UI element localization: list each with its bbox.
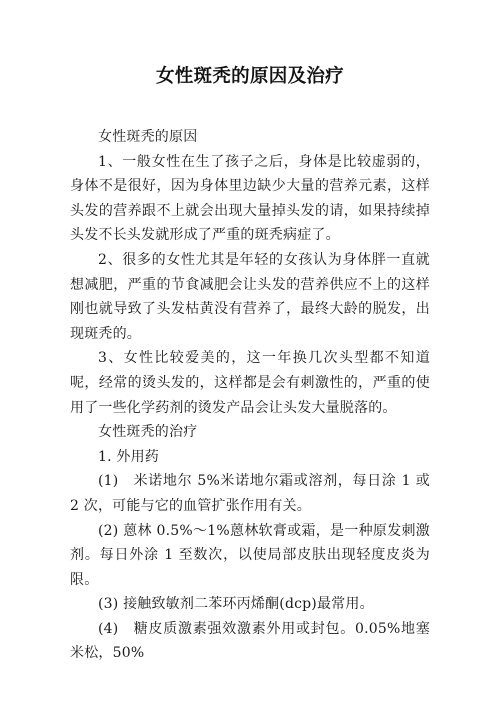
subheading-topical-drugs: 1. 外用药 (70, 445, 430, 470)
paragraph-treatment-2: (2) 蒽林 0.5%～1%蒽林软膏或霜，是一种原发刺激剂。每日外涂 1 至数次… (70, 519, 430, 593)
paragraph-cause-2: 2、很多的女性尤其是年轻的女孩认为身体胖一直就想减肥，严重的节食减肥会让头发的营… (70, 248, 430, 346)
section-heading-causes: 女性斑秃的原因 (70, 125, 430, 150)
paragraph-cause-1: 1、一般女性在生了孩子之后，身体是比较虚弱的，身体不是很好，因为身体里边缺少大量… (70, 150, 430, 248)
document-body: 女性斑秃的原因 1、一般女性在生了孩子之后，身体是比较虚弱的，身体不是很好，因为… (70, 125, 430, 666)
paragraph-cause-3: 3、女性比较爱美的，这一年换几次头型都不知道呢，经常的烫头发的，这样都是会有刺激… (70, 346, 430, 420)
paragraph-treatment-4: (4) 糖皮质激素强效激素外用或封包。0.05%地塞米松，50% (70, 617, 430, 666)
paragraph-treatment-3: (3) 接触致敏剂二苯环丙烯酮(dcp)最常用。 (70, 592, 430, 617)
document-title: 女性斑秃的原因及治疗 (0, 62, 500, 88)
section-heading-treatment: 女性斑秃的治疗 (70, 420, 430, 445)
document-page: 女性斑秃的原因及治疗 女性斑秃的原因 1、一般女性在生了孩子之后，身体是比较虚弱… (0, 0, 500, 707)
paragraph-treatment-1: (1) 米诺地尔 5%米诺地尔霜或溶剂，每日涂 1 或 2 次，可能与它的血管扩… (70, 469, 430, 518)
